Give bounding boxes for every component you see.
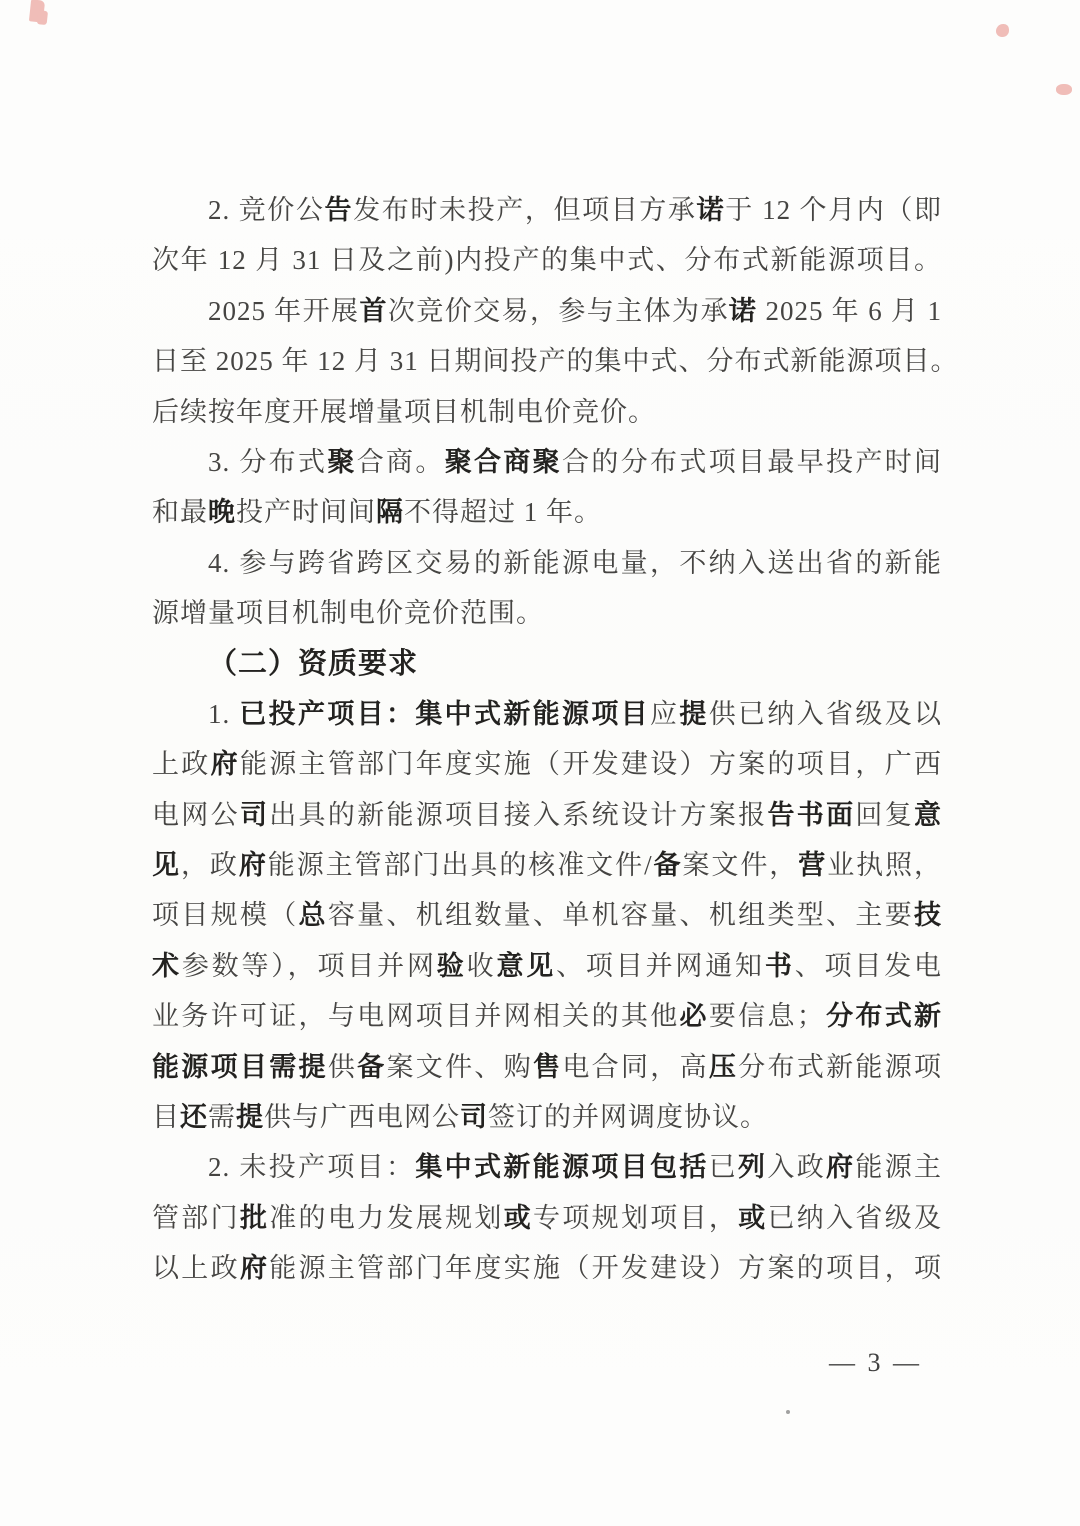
text-segment: 4. 参与跨省跨区交易的新能源电量，不纳入送出省的新能 <box>208 548 942 578</box>
bold-text-segment: 总 <box>299 900 328 930</box>
bold-text-segment: 书 <box>765 951 795 981</box>
text-segment: 签订的并网调度协议。 <box>488 1102 768 1132</box>
text-line: 2. 未投产项目：集中式新能源项目包括已列入政府能源主 <box>152 1142 942 1192</box>
scan-artifact-top-left <box>29 0 45 23</box>
scan-artifact-top-right <box>996 24 1009 37</box>
bold-text-segment: 压 <box>709 1052 738 1082</box>
text-segment: 应 <box>650 699 679 729</box>
text-segment: 业执照， <box>827 850 942 880</box>
text-segment: 案文件、购 <box>386 1052 533 1082</box>
text-segment: 电合同，高 <box>562 1052 709 1082</box>
text-line: 术参数等），项目并网验收意见、项目并网通知书、项目发电 <box>152 941 942 991</box>
bold-text-segment: 售 <box>533 1052 562 1082</box>
text-segment: 案文件， <box>682 850 798 880</box>
text-segment: 次年 12 月 31 日及之前)内投产的集中式、分布式新能源项目。 <box>152 245 942 275</box>
bold-text-segment: 首 <box>359 296 387 326</box>
text-line: 上政府能源主管部门年度实施（开发建设）方案的项目，广西 <box>152 739 942 789</box>
text-line: 目还需提供与广西电网公司签订的并网调度协议。 <box>152 1092 942 1142</box>
bold-text-segment: 隔 <box>376 497 404 527</box>
text-line: 3. 分布式聚合商。聚合商聚合的分布式项目最早投产时间 <box>152 437 942 487</box>
bold-text-segment: 司 <box>460 1102 488 1132</box>
text-segment: 日至 2025 年 12 月 31 日期间投产的集中式、分布式新能源项目。 <box>152 346 959 376</box>
text-line: 和最晚投产时间间隔不得超过 1 年。 <box>152 487 942 537</box>
bold-text-segment: 必 <box>680 1001 709 1031</box>
section-heading: （二）资质要求 <box>152 639 942 689</box>
bold-text-segment: 提 <box>679 699 708 729</box>
text-segment: 能源主管部门年度实施（开发建设）方案的项目，项 <box>269 1253 942 1283</box>
bold-text-segment: 术 <box>152 951 182 981</box>
bold-text-segment: 诺 <box>697 195 726 225</box>
text-segment: 合的分布式项目最早投产时间 <box>562 447 942 477</box>
text-segment: 参数等），项目并网 <box>182 951 437 981</box>
text-line: 项目规模（总容量、机组数量、单机容量、机组类型、主要技 <box>152 890 942 940</box>
bold-text-segment: 晚 <box>208 497 236 527</box>
bold-text-segment: 批 <box>240 1203 269 1233</box>
text-segment: 、项目并网通知 <box>556 951 765 981</box>
text-segment: 上政 <box>152 749 211 779</box>
text-segment: 收 <box>467 951 497 981</box>
bold-text-segment: 诺 <box>729 296 757 326</box>
bold-text-segment: 营 <box>798 850 827 880</box>
bold-text-segment: 意 <box>914 800 942 830</box>
bold-text-segment: 能源项目需提 <box>152 1052 328 1082</box>
text-segment: 管部门 <box>152 1203 240 1233</box>
scanned-document-page: 2. 竞价公告发布时未投产，但项目方承诺于 12 个月内（即次年 12 月 31… <box>0 0 1080 1526</box>
text-segment: 入政 <box>767 1152 826 1182</box>
text-line: 后续按年度开展增量项目机制电价竞价。 <box>152 387 942 437</box>
text-segment: 准的电力发展规划 <box>269 1203 503 1233</box>
bold-text-segment: 集中式新能源项目包括 <box>415 1152 708 1182</box>
bold-text-segment: 告书面 <box>767 800 855 830</box>
text-segment: 需 <box>208 1102 236 1132</box>
text-segment: 2025 年 6 月 1 <box>757 296 942 326</box>
bold-text-segment: 已投产项目：集中式新能源项目 <box>239 699 650 729</box>
text-segment: 业务许可证，与电网项目并网相关的其他 <box>152 1001 680 1031</box>
text-line: 见，政府能源主管部门出具的核准文件/备案文件，营业执照， <box>152 840 942 890</box>
bold-text-segment: 备 <box>653 850 683 880</box>
text-line: 源增量项目机制电价竞价范围。 <box>152 588 942 638</box>
text-segment: 1. <box>208 699 239 729</box>
text-segment: 2025 年开展 <box>208 296 359 326</box>
scan-artifact-right-edge <box>1056 84 1072 95</box>
text-segment: 2. 未投产项目： <box>208 1152 415 1182</box>
text-segment: （二）资质要求 <box>208 648 418 680</box>
bold-text-segment: 司 <box>240 800 269 830</box>
text-segment: 已纳入省级及 <box>768 1203 943 1233</box>
bold-text-segment: 聚 <box>327 447 356 477</box>
text-segment: 容量、机组数量、单机容量、机组类型、主要 <box>328 900 914 930</box>
bold-text-segment: 技 <box>914 900 942 930</box>
text-segment: 供 <box>328 1052 357 1082</box>
text-segment: 不得超过 1 年。 <box>404 497 602 527</box>
text-segment: 能源主管部门年度实施（开发建设）方案的项目，广西 <box>240 749 942 779</box>
text-line: 管部门批准的电力发展规划或专项规划项目，或已纳入省级及 <box>152 1193 942 1243</box>
document-body: 2. 竞价公告发布时未投产，但项目方承诺于 12 个月内（即次年 12 月 31… <box>152 185 942 1294</box>
bold-text-segment: 提 <box>236 1102 264 1132</box>
text-segment: 供已纳入省级及以 <box>709 699 942 729</box>
text-segment: 2. 竞价公 <box>208 195 324 225</box>
page-number: — 3 — <box>152 1348 922 1378</box>
text-segment: ，政 <box>181 850 239 880</box>
text-line: 以上政府能源主管部门年度实施（开发建设）方案的项目，项 <box>152 1243 942 1293</box>
text-segment: 3. 分布式 <box>208 447 327 477</box>
text-segment: 回复 <box>855 800 914 830</box>
text-segment: 分布式新能源项 <box>738 1052 942 1082</box>
text-segment: 目 <box>152 1102 180 1132</box>
text-line: 2025 年开展首次竞价交易，参与主体为承诺 2025 年 6 月 1 <box>152 286 942 336</box>
text-line: 业务许可证，与电网项目并网相关的其他必要信息；分布式新 <box>152 991 942 1041</box>
bold-text-segment: 分布式新 <box>825 1001 942 1031</box>
text-line: 能源项目需提供备案文件、购售电合同，高压分布式新能源项 <box>152 1042 942 1092</box>
text-line: 电网公司出具的新能源项目接入系统设计方案报告书面回复意 <box>152 790 942 840</box>
text-segment: 以上政 <box>152 1253 240 1283</box>
bold-text-segment: 验 <box>437 951 467 981</box>
text-segment: 后续按年度开展增量项目机制电价竞价。 <box>152 397 656 427</box>
bold-text-segment: 或 <box>504 1203 533 1233</box>
text-segment: 发布时未投产，但项目方承 <box>353 195 696 225</box>
bold-text-segment: 或 <box>738 1203 767 1233</box>
text-line: 日至 2025 年 12 月 31 日期间投产的集中式、分布式新能源项目。 <box>152 336 942 386</box>
bold-text-segment: 告 <box>324 195 353 225</box>
text-segment: 能源主 <box>855 1152 942 1182</box>
text-segment: 项目规模（ <box>152 900 299 930</box>
text-segment: 合商。 <box>357 447 445 477</box>
text-line: 1. 已投产项目：集中式新能源项目应提供已纳入省级及以 <box>152 689 942 739</box>
bold-text-segment: 还 <box>180 1102 208 1132</box>
text-segment: 电网公 <box>152 800 240 830</box>
text-segment: 次竞价交易，参与主体为承 <box>388 296 729 326</box>
text-segment: 投产时间间 <box>236 497 376 527</box>
text-line: 4. 参与跨省跨区交易的新能源电量，不纳入送出省的新能 <box>152 538 942 588</box>
bold-text-segment: 意见 <box>496 951 556 981</box>
text-line: 2. 竞价公告发布时未投产，但项目方承诺于 12 个月内（即 <box>152 185 942 235</box>
bold-text-segment: 府 <box>826 1152 855 1182</box>
bold-text-segment: 府 <box>211 749 240 779</box>
bold-text-segment: 列 <box>738 1152 767 1182</box>
text-segment: 能源主管部门出具的核准文件/ <box>268 850 653 880</box>
text-segment: 已 <box>709 1152 738 1182</box>
scan-speck <box>786 1410 790 1414</box>
bold-text-segment: 府 <box>240 1253 269 1283</box>
text-segment: 、项目发电 <box>795 951 942 981</box>
text-segment: 要信息； <box>709 1001 825 1031</box>
text-segment: 专项规划项目， <box>533 1203 738 1233</box>
bold-text-segment: 见 <box>152 850 181 880</box>
text-line: 次年 12 月 31 日及之前)内投产的集中式、分布式新能源项目。 <box>152 235 942 285</box>
text-segment: 和最 <box>152 497 208 527</box>
text-segment: 供与广西电网公 <box>264 1102 460 1132</box>
text-segment: 源增量项目机制电价竞价范围。 <box>152 598 544 628</box>
text-segment: 出具的新能源项目接入系统设计方案报 <box>269 800 767 830</box>
bold-text-segment: 备 <box>357 1052 386 1082</box>
text-segment: 于 12 个月内（即 <box>725 195 942 225</box>
bold-text-segment: 府 <box>239 850 268 880</box>
bold-text-segment: 聚合商聚 <box>445 447 562 477</box>
